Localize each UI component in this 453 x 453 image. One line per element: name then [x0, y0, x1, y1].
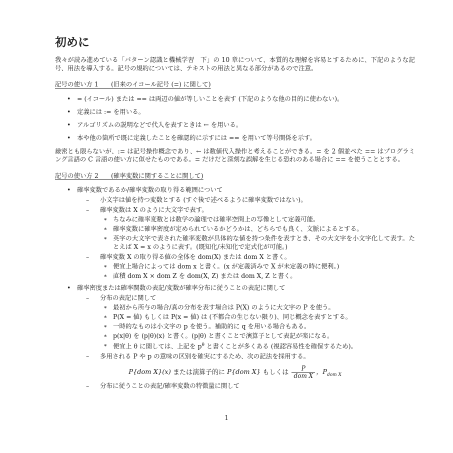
star-marker: ∗ [104, 322, 108, 331]
page-title: 初めに [55, 36, 415, 49]
list-item: ∗ ちなみに確率変数とは数学の論理では確率空間上の写像として定義可能。 [55, 215, 415, 224]
list-item-text: アルゴリズムの説明などで代入を表すときは ← を用いる。 [77, 121, 242, 129]
list-item: – 分布に従うことの表記/確率変数の特徴量に関して [55, 382, 415, 391]
fraction-numerator: P [292, 365, 315, 372]
list-item-text: 便宜上場合によっては dom x と書く。(x が定義済みで X が未定義の時に… [113, 263, 339, 271]
paper-sheet: 初めに 我々が読み進めている「パターン認識と機械学習 下」の 10 章について、… [0, 0, 453, 453]
list-item-text: 便宜上 θ に関しては、上記を pθ と書くことが多くある (視認容易性を確保す… [113, 343, 357, 351]
list-item: • 確率密度または確率関数の表記/変数が確率分布に従うことの表記に関して [55, 284, 415, 293]
star-marker: ∗ [104, 234, 108, 243]
list-item-text: 定義には := を用いる。 [77, 108, 145, 116]
list-item-text: 直積 dom X × dom Z を dom(X, Z) または dom X, … [113, 272, 296, 280]
formula-term: P{dom X}(x) [129, 369, 171, 377]
list-item: – 分布の表記に関して [55, 294, 415, 303]
formula-text: もしくは [261, 369, 291, 377]
dash-marker: – [86, 206, 89, 215]
list-item-text: 英字の大文字で表された確率変数が具体的な値を持つ条件を表すとき、その大文字を小文… [113, 235, 415, 251]
text-post: と書くことが多くある (視認容易性を確保するため)。 [204, 343, 357, 351]
math-formula: P{dom X}(x) または演算子的に P{dom X} もしくは Pdom … [55, 365, 415, 380]
list-item-text: 確率変数 X の取り得る値の全体を dom(X) または dom X と書く。 [100, 253, 291, 261]
list-item: ∗ p(x|θ) を (p|θ)(x) と書く。(p|θ) と書くことで演算子と… [55, 332, 415, 341]
bullet-marker: • [67, 133, 71, 142]
star-marker: ∗ [104, 215, 108, 224]
dash-marker: – [86, 382, 89, 391]
list-item-text: 本や他の箇所で既に定義したことを確認的に示すには == を用いて等号関係を示す。 [77, 134, 316, 142]
bullet-marker: • [67, 186, 71, 195]
list-item: ∗ P(X = 値) もしくは P(x = 値) は (不都合の生じない限り)、… [55, 313, 415, 322]
list-item: – 確率変数は X のように大文字で表す。 [55, 206, 415, 215]
star-marker: ∗ [104, 262, 108, 271]
subscript-domx: dom X [327, 372, 341, 377]
list-item: ∗ 直積 dom X × dom Z を dom(X, Z) または dom X… [55, 272, 415, 281]
star-marker: ∗ [104, 332, 108, 341]
list-item: – 多用される P や p の意味の区別を確実にするため、次の記法を採用する。 [55, 352, 415, 361]
star-marker: ∗ [104, 303, 108, 312]
dash-marker: – [86, 352, 89, 361]
star-marker: ∗ [104, 225, 108, 234]
list-item: – 確率変数 X の取り得る値の全体を dom(X) または dom X と書く… [55, 253, 415, 262]
list-item: • 定義には := を用いる。 [55, 107, 415, 116]
list-item-text: 一時的なものは小文字の p を使う。補助的に q を用いる場合もある。 [113, 323, 310, 331]
list-item-text: p(x|θ) を (p|θ)(x) と書く。(p|θ) と書くことで演算子として… [113, 332, 333, 340]
bullet-marker: • [67, 107, 71, 116]
section2-heading: 記号の使い方 2 (確率変数に関することに関して) [55, 172, 415, 180]
text-pre: 便宜上 θ に関しては、上記を p [113, 343, 202, 351]
list-item-text: 最初から所与の場合/真の分布を表す場合は P(X) のように大文字の P を使う… [113, 304, 335, 312]
list-item-text: P(X = 値) もしくは P(x = 値) は (不都合の生じない限り)、同じ… [113, 313, 352, 321]
star-marker: ∗ [104, 272, 108, 281]
list-item-text: 確率密度または確率関数の表記/変数が確率分布に従うことの表記に関して [77, 284, 285, 292]
list-item: • = (イコール) または == は両辺の値が等しいことを表す (下記のような… [55, 94, 415, 103]
list-item-text: 確率変数に確率密度が定められているかどうかは、どちらでも良く、文脈によるとする。 [113, 225, 363, 233]
page-number: 1 [0, 414, 453, 422]
list-item-text: ちなみに確率変数とは数学の論理では確率空間上の写像として定義可能。 [113, 216, 319, 224]
list-item-text: 分布に従うことの表記/確率変数の特徴量に関して [100, 382, 240, 390]
dash-marker: – [86, 294, 89, 303]
list-item: ∗ 確率変数に確率密度が定められているかどうかは、どちらでも良く、文脈によるとす… [55, 225, 415, 234]
dash-marker: – [86, 196, 89, 205]
list-item: • 本や他の箇所で既に定義したことを確認的に示すには == を用いて等号関係を示… [55, 133, 415, 142]
list-item: ∗ 便宜上場合によっては dom x と書く。(x が定義済みで X が未定義の… [55, 262, 415, 271]
section1-heading: 記号の使い方 1 (旧来のイコール記号 (=) に関して) [55, 81, 415, 89]
list-item-text: 小文字は値を持つ変数とする (すぐ後で述べるように確率変数ではない)。 [100, 196, 307, 204]
list-item: • アルゴリズムの説明などで代入を表すときは ← を用いる。 [55, 120, 415, 129]
star-marker: ∗ [104, 341, 108, 350]
list-item-text: 多用される P や p の意味の区別を確実にするため、次の記法を採用する。 [100, 353, 310, 361]
formula-text: または演算子的に [171, 369, 227, 377]
list-item: ∗ 便宜上 θ に関しては、上記を pθ と書くことが多くある (視認容易性を確… [55, 341, 415, 351]
list-item: ∗ 最初から所与の場合/真の分布を表す場合は P(X) のように大文字の P を… [55, 303, 415, 312]
bullet-marker: • [67, 94, 71, 103]
fraction: Pdom X [292, 365, 315, 380]
list-item-text: 分布の表記に関して [100, 294, 156, 302]
list-item: – 小文字は値を持つ変数とする (すぐ後で述べるように確率変数ではない)。 [55, 196, 415, 205]
intro-paragraph: 我々が読み進めている「パターン認識と機械学習 下」の 10 章について、本質的な… [55, 56, 415, 73]
formula-term: ，P [316, 369, 327, 377]
list-item-text: 確率変数は X のように大文字で表す。 [100, 206, 208, 214]
list-item: ∗ 英字の大文字で表された確率変数が具体的な値を持つ条件を表すとき、その大文字を… [55, 234, 415, 251]
formula-term: P{dom X} [227, 369, 261, 377]
bullet-marker: • [67, 284, 71, 293]
list-item: ∗ 一時的なものは小文字の p を使う。補助的に q を用いる場合もある。 [55, 322, 415, 331]
list-item: • 確率変数であるか/確率変数の取り得る範囲について [55, 186, 415, 195]
note-paragraph: 厳密とも限らないが、:= は記号操作概念であり、← は数値代入操作と考えることが… [55, 147, 415, 164]
dash-marker: – [86, 253, 89, 262]
bullet-marker: • [67, 120, 71, 129]
star-marker: ∗ [104, 313, 108, 322]
list-item-text: = (イコール) または == は両辺の値が等しいことを表す (下記のような他の… [77, 95, 343, 103]
document-page: 初めに 我々が読み進めている「パターン認識と機械学習 下」の 10 章について、… [0, 0, 453, 453]
list-item-text: 確率変数であるか/確率変数の取り得る範囲について [77, 186, 223, 194]
fraction-denominator: dom X [292, 372, 315, 380]
